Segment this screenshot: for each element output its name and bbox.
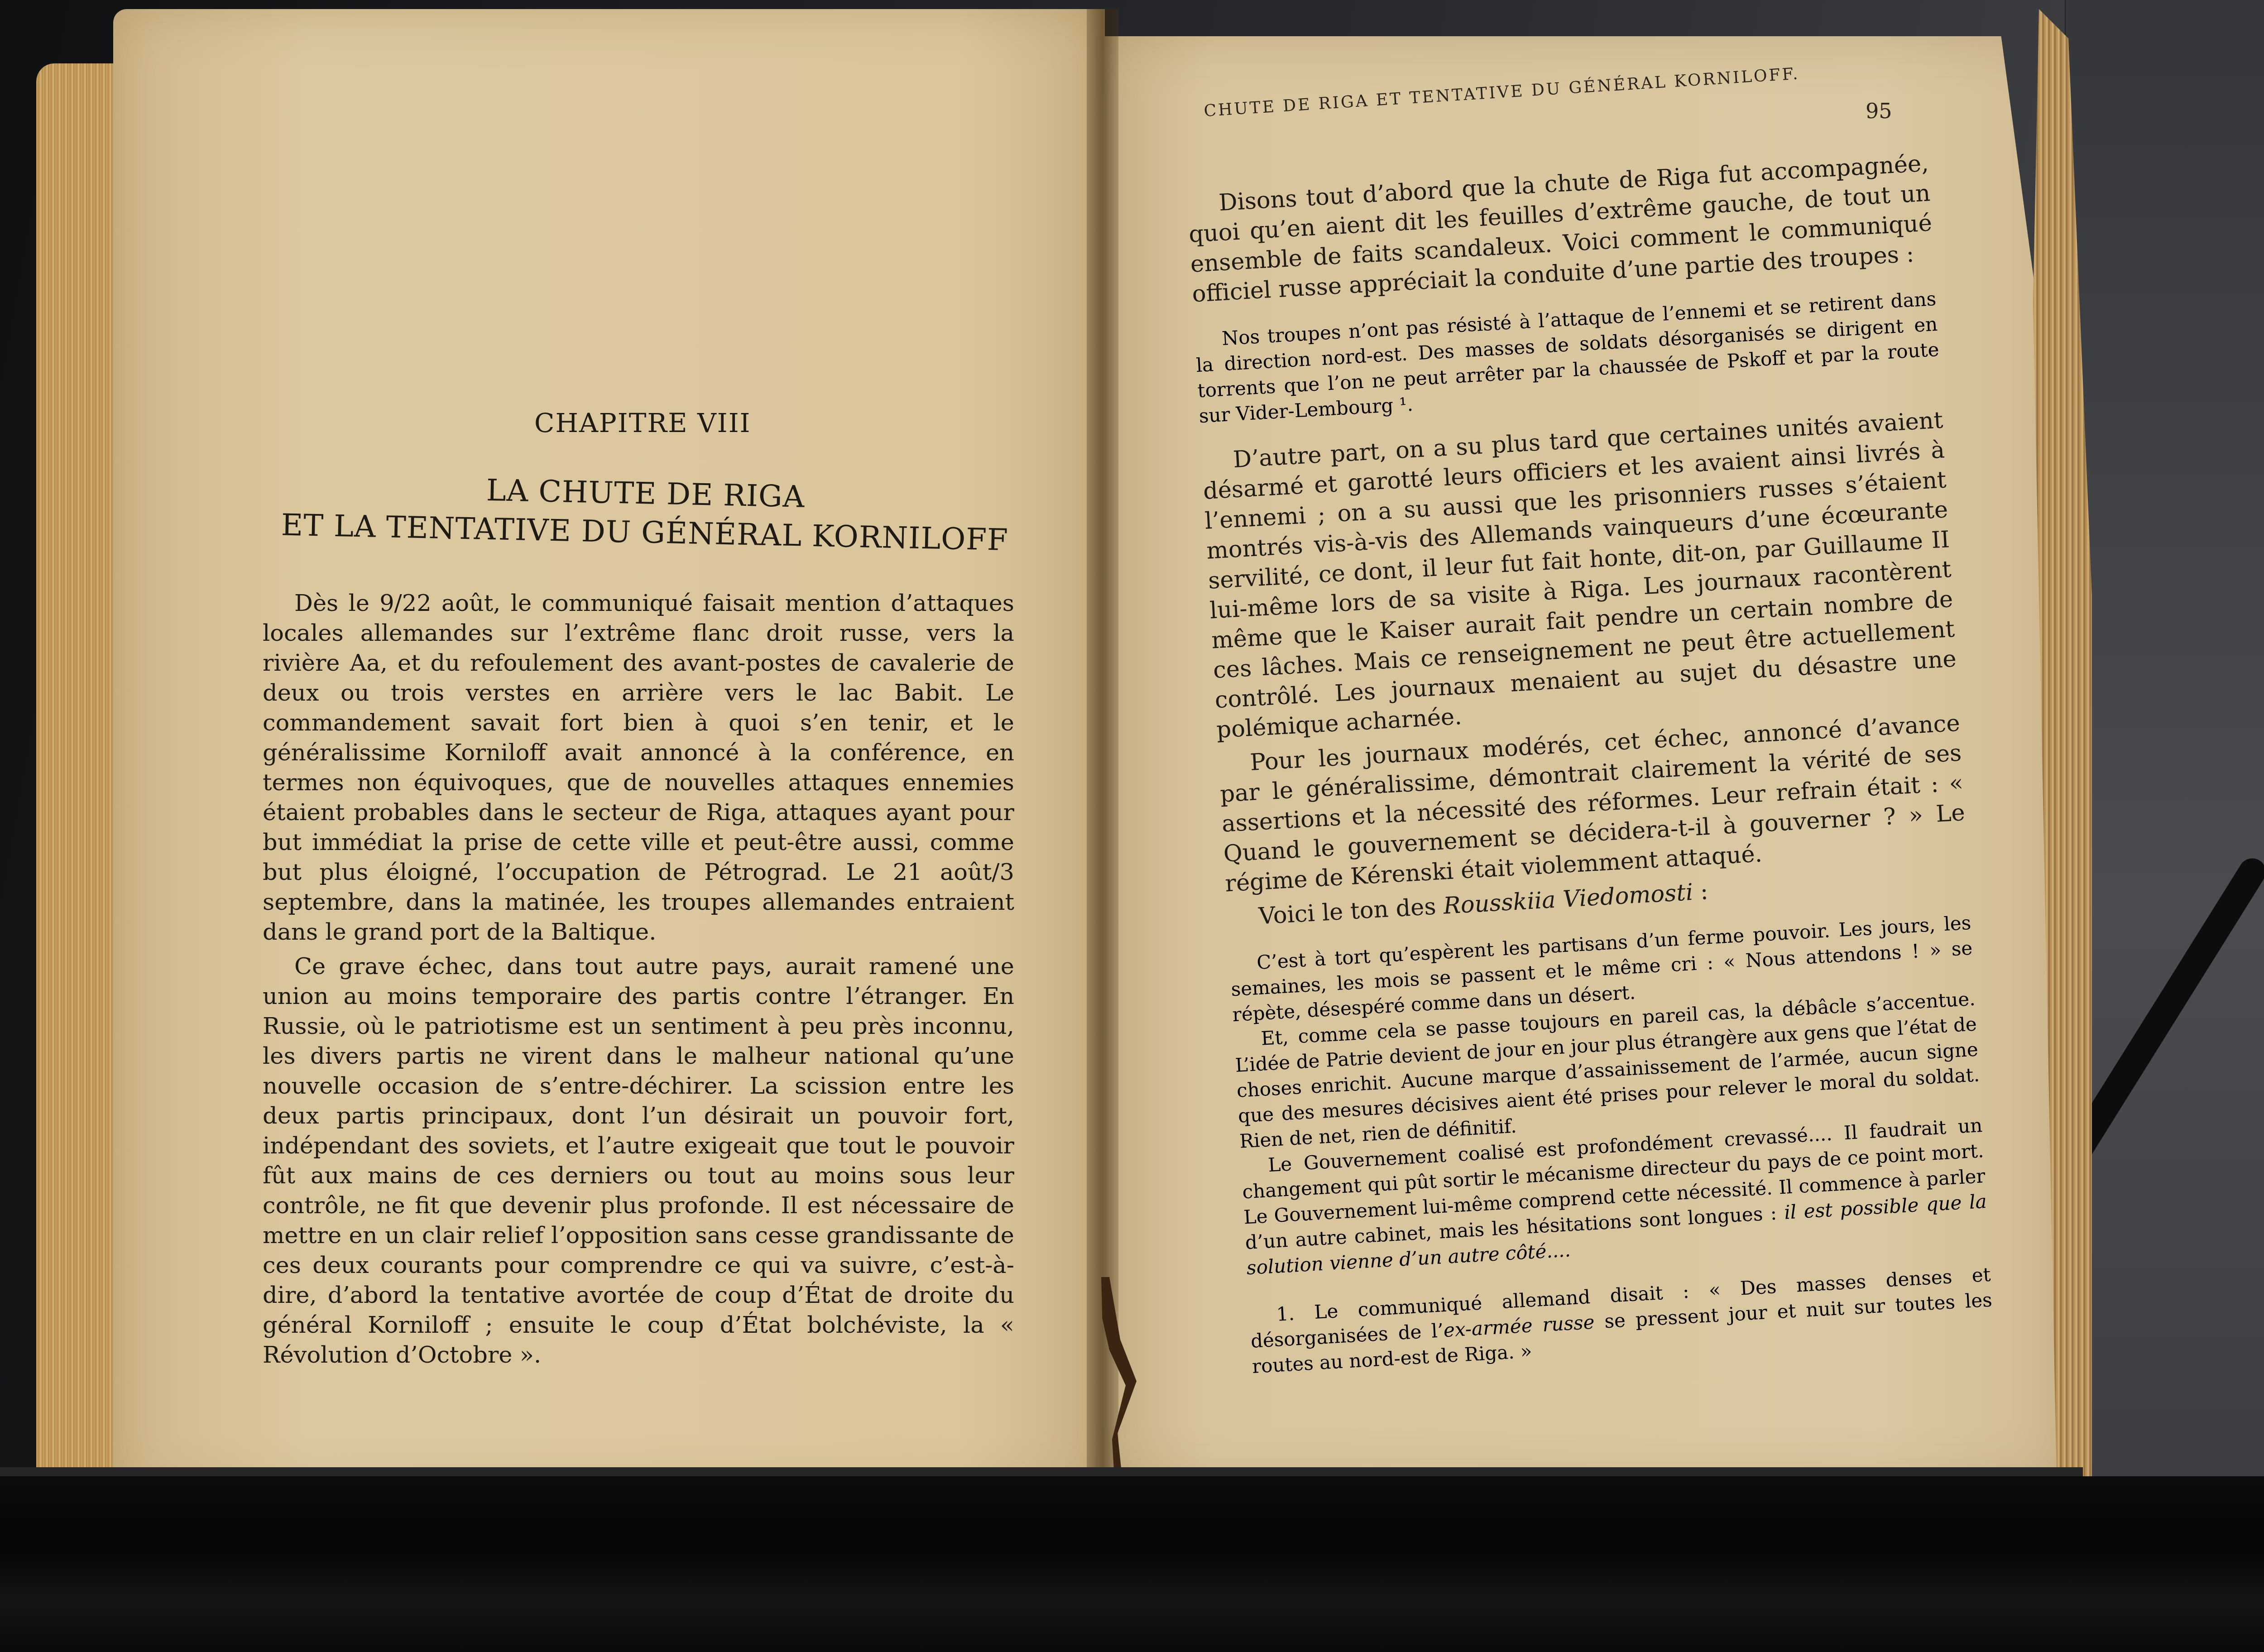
page-number: 95 (1866, 99, 1892, 123)
paragraph: D’autre part, on a su plus tard que cert… (1201, 406, 1959, 746)
block-quote: Nos troupes n’ont pas résisté à l’attaqu… (1194, 286, 1941, 429)
chapter-title: LA CHUTE DE RIGA ET LA TENTATIVE DU GÉNÉ… (271, 466, 1019, 560)
footnote: 1. Le communiqué allemand disait : « Des… (1248, 1262, 1994, 1379)
right-page-body: Disons tout d’abord que la chute de Riga… (1186, 149, 1995, 1398)
chapter-label: CHAPITRE VIII (534, 408, 751, 438)
book-stand-bar (0, 1476, 2264, 1652)
left-page-body: Dès le 9/22 août, le communiqué faisait … (263, 589, 1014, 1370)
book-gutter (1087, 9, 1118, 1490)
paragraph: Ce grave échec, dans tout autre pays, au… (263, 952, 1014, 1370)
photo-scene: CHAPITRE VIII LA CHUTE DE RIGA ET LA TEN… (0, 0, 2264, 1652)
newspaper-title: Rousskiia Viedomosti (1443, 879, 1694, 920)
italic-text: ex-armée russe (1443, 1311, 1595, 1342)
block-quote: C’est à tort qu’espèrent les partisans d… (1229, 910, 1989, 1281)
text-span: Voici le ton des (1258, 893, 1444, 930)
paragraph: Dès le 9/22 août, le communiqué faisait … (263, 589, 1014, 947)
dark-panel (2065, 0, 2264, 1517)
text-span: : (1692, 878, 1709, 906)
